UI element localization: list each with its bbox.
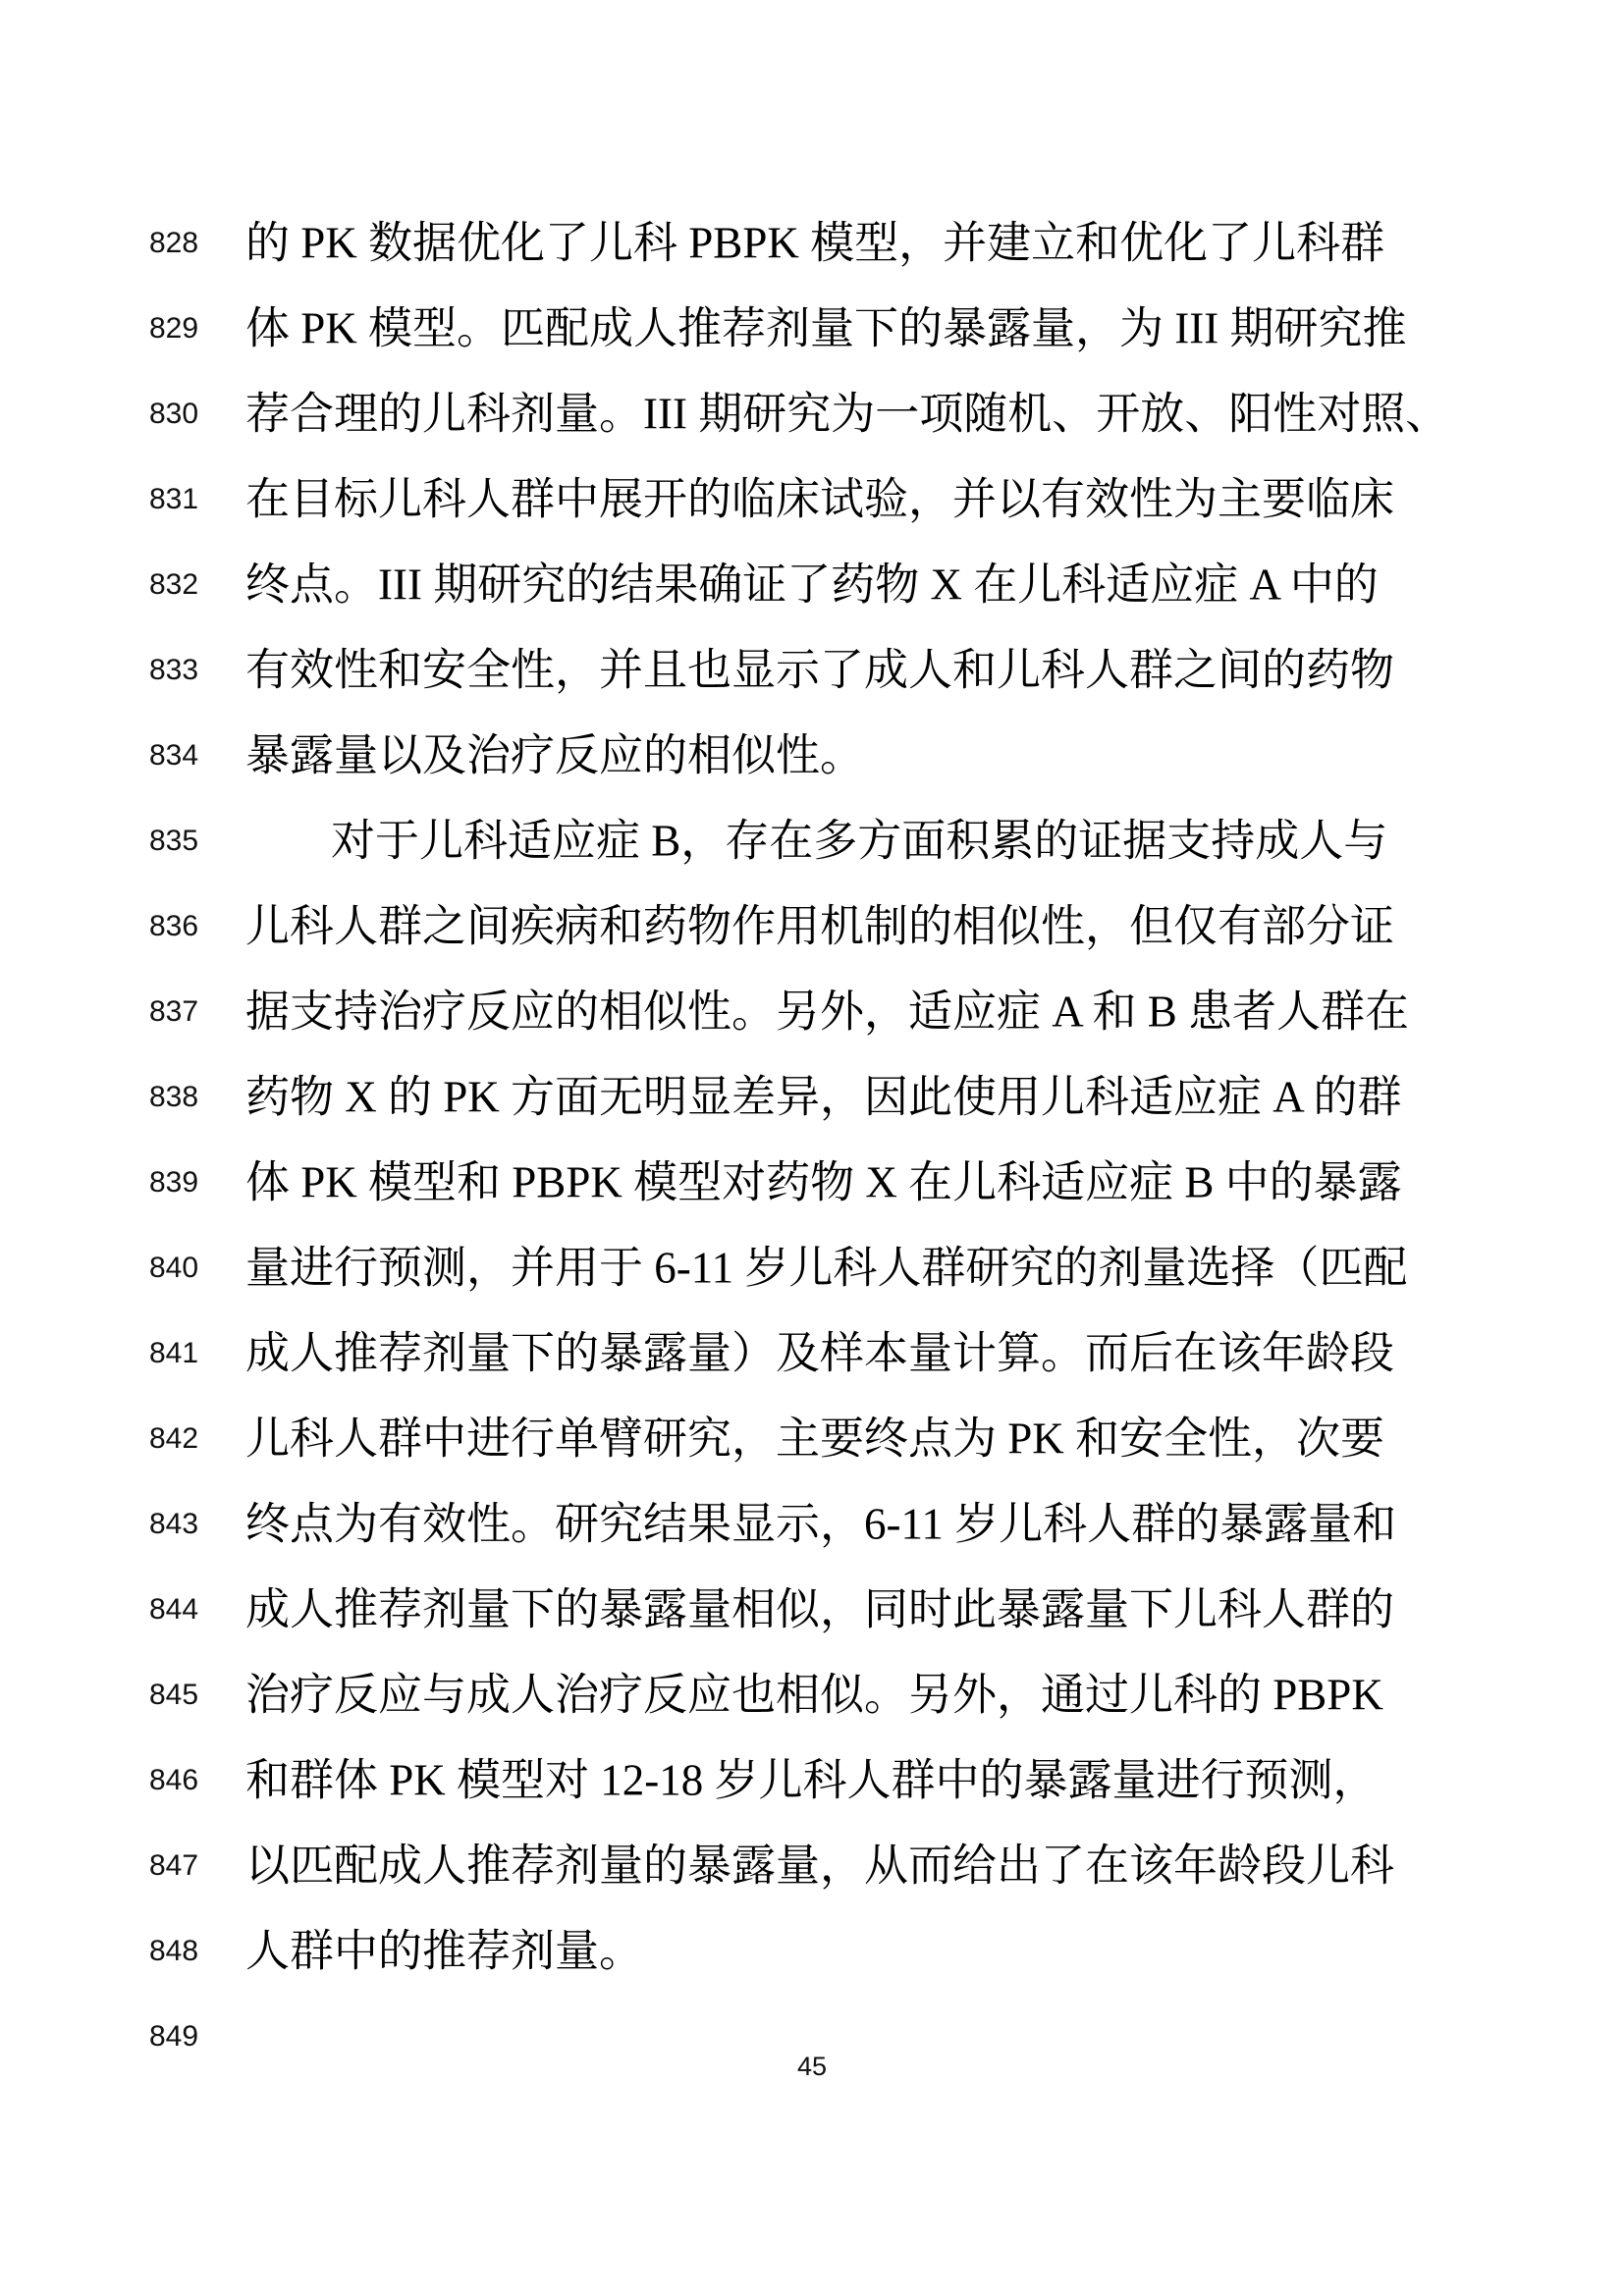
line-number: 830 [149,400,198,429]
line-number: 832 [149,570,198,600]
line-number: 837 [149,997,198,1027]
text-line: 836 儿科人群之间疾病和药物作用机制的相似性，但仅有部分证 [0,883,1624,969]
text-line: 844 成人推荐剂量下的暴露量相似，同时此暴露量下儿科人群的 [0,1567,1624,1652]
line-text: 成人推荐剂量下的暴露量相似，同时此暴露量下儿科人群的 [245,1587,1394,1631]
text-line: 837 据支持治疗反应的相似性。另外，适应症 A 和 B 患者人群在 [0,969,1624,1054]
line-text: 以匹配成人推荐剂量的暴露量，从而给出了在该年龄段儿科 [245,1843,1394,1888]
page-number: 45 [0,2054,1624,2080]
text-line: 848 人群中的推荐剂量。 [0,1908,1624,1994]
line-text: 终点为有效性。研究结果显示，6-11 岁儿科人群的暴露量和 [245,1502,1396,1546]
line-text: 儿科人群之间疾病和药物作用机制的相似性，但仅有部分证 [245,904,1394,948]
line-text: 儿科人群中进行单臂研究，主要终点为 PK 和安全性，次要 [245,1416,1384,1461]
text-line: 845 治疗反应与成人治疗反应也相似。另外，通过儿科的 PBPK [0,1652,1624,1737]
text-line: 846 和群体 PK 模型对 12-18 岁儿科人群中的暴露量进行预测， [0,1737,1624,1823]
line-number: 844 [149,1595,198,1625]
text-line: 834 暴露量以及治疗反应的相似性。 [0,713,1624,798]
line-number: 828 [149,229,198,258]
line-text: 药物 X 的 PK 方面无明显差异，因此使用儿科适应症 A 的群 [245,1075,1402,1119]
line-text: 荐合理的儿科剂量。III 期研究为一项随机、开放、阳性对照、 [245,392,1449,436]
text-line: 832 终点。III 期研究的结果确证了药物 X 在儿科适应症 A 中的 [0,542,1624,627]
line-text: 治疗反应与成人治疗反应也相似。另外，通过儿科的 PBPK [245,1673,1383,1717]
line-number: 843 [149,1510,198,1539]
text-line: 828 的 PK 数据优化了儿科 PBPK 模型，并建立和优化了儿科群 [0,200,1624,286]
text-line: 842 儿科人群中进行单臂研究，主要终点为 PK 和安全性，次要 [0,1396,1624,1481]
line-text: 终点。III 期研究的结果确证了药物 X 在儿科适应症 A 中的 [245,562,1379,607]
text-line: 829 体 PK 模型。匹配成人推荐剂量下的暴露量，为 III 期研究推 [0,286,1624,371]
text-line: 847 以匹配成人推荐剂量的暴露量，从而给出了在该年龄段儿科 [0,1823,1624,1908]
line-text: 成人推荐剂量下的暴露量）及样本量计算。而后在该年龄段 [245,1331,1394,1375]
line-text: 体 PK 模型。匹配成人推荐剂量下的暴露量，为 III 期研究推 [245,306,1406,350]
line-text: 和群体 PK 模型对 12-18 岁儿科人群中的暴露量进行预测， [245,1758,1378,1802]
text-line: 841 成人推荐剂量下的暴露量）及样本量计算。而后在该年龄段 [0,1310,1624,1396]
document-page: 828 的 PK 数据优化了儿科 PBPK 模型，并建立和优化了儿科群 829 … [0,0,1624,2296]
text-line: 833 有效性和安全性，并且也显示了成人和儿科人群之间的药物 [0,627,1624,713]
text-line: 839 体 PK 模型和 PBPK 模型对药物 X 在儿科适应症 B 中的暴露 [0,1140,1624,1225]
line-number: 849 [149,2022,198,2052]
text-line: 835 对于儿科适应症 B，存在多方面积累的证据支持成人与 [0,798,1624,883]
line-number: 829 [149,314,198,344]
line-number: 845 [149,1681,198,1710]
line-number: 846 [149,1766,198,1795]
line-number: 835 [149,827,198,856]
line-text: 对于儿科适应症 B，存在多方面积累的证据支持成人与 [331,819,1387,863]
line-number: 841 [149,1339,198,1368]
line-text: 人群中的推荐剂量。 [245,1929,643,1973]
line-text: 据支持治疗反应的相似性。另外，适应症 A 和 B 患者人群在 [245,989,1409,1034]
line-text: 在目标儿科人群中展开的临床试验，并以有效性为主要临床 [245,477,1394,521]
line-number: 848 [149,1937,198,1966]
line-number: 834 [149,741,198,771]
line-number: 838 [149,1083,198,1112]
line-text: 的 PK 数据优化了儿科 PBPK 模型，并建立和优化了儿科群 [245,221,1384,265]
line-text: 量进行预测，并用于 6-11 岁儿科人群研究的剂量选择（匹配 [245,1246,1407,1290]
line-text: 体 PK 模型和 PBPK 模型对药物 X 在儿科适应症 B 中的暴露 [245,1160,1402,1204]
body-text-block: 828 的 PK 数据优化了儿科 PBPK 模型，并建立和优化了儿科群 829 … [0,200,1624,2079]
text-line: 838 药物 X 的 PK 方面无明显差异，因此使用儿科适应症 A 的群 [0,1054,1624,1140]
line-number: 847 [149,1851,198,1881]
text-line: 831 在目标儿科人群中展开的临床试验，并以有效性为主要临床 [0,456,1624,542]
text-line: 840 量进行预测，并用于 6-11 岁儿科人群研究的剂量选择（匹配 [0,1225,1624,1310]
text-line: 843 终点为有效性。研究结果显示，6-11 岁儿科人群的暴露量和 [0,1481,1624,1567]
line-number: 836 [149,912,198,941]
line-text: 暴露量以及治疗反应的相似性。 [245,733,864,777]
text-line: 830 荐合理的儿科剂量。III 期研究为一项随机、开放、阳性对照、 [0,371,1624,456]
line-text: 有效性和安全性，并且也显示了成人和儿科人群之间的药物 [245,648,1394,692]
line-number: 840 [149,1254,198,1283]
line-number: 842 [149,1424,198,1454]
line-number: 839 [149,1168,198,1198]
line-number: 833 [149,656,198,685]
line-number: 831 [149,485,198,514]
